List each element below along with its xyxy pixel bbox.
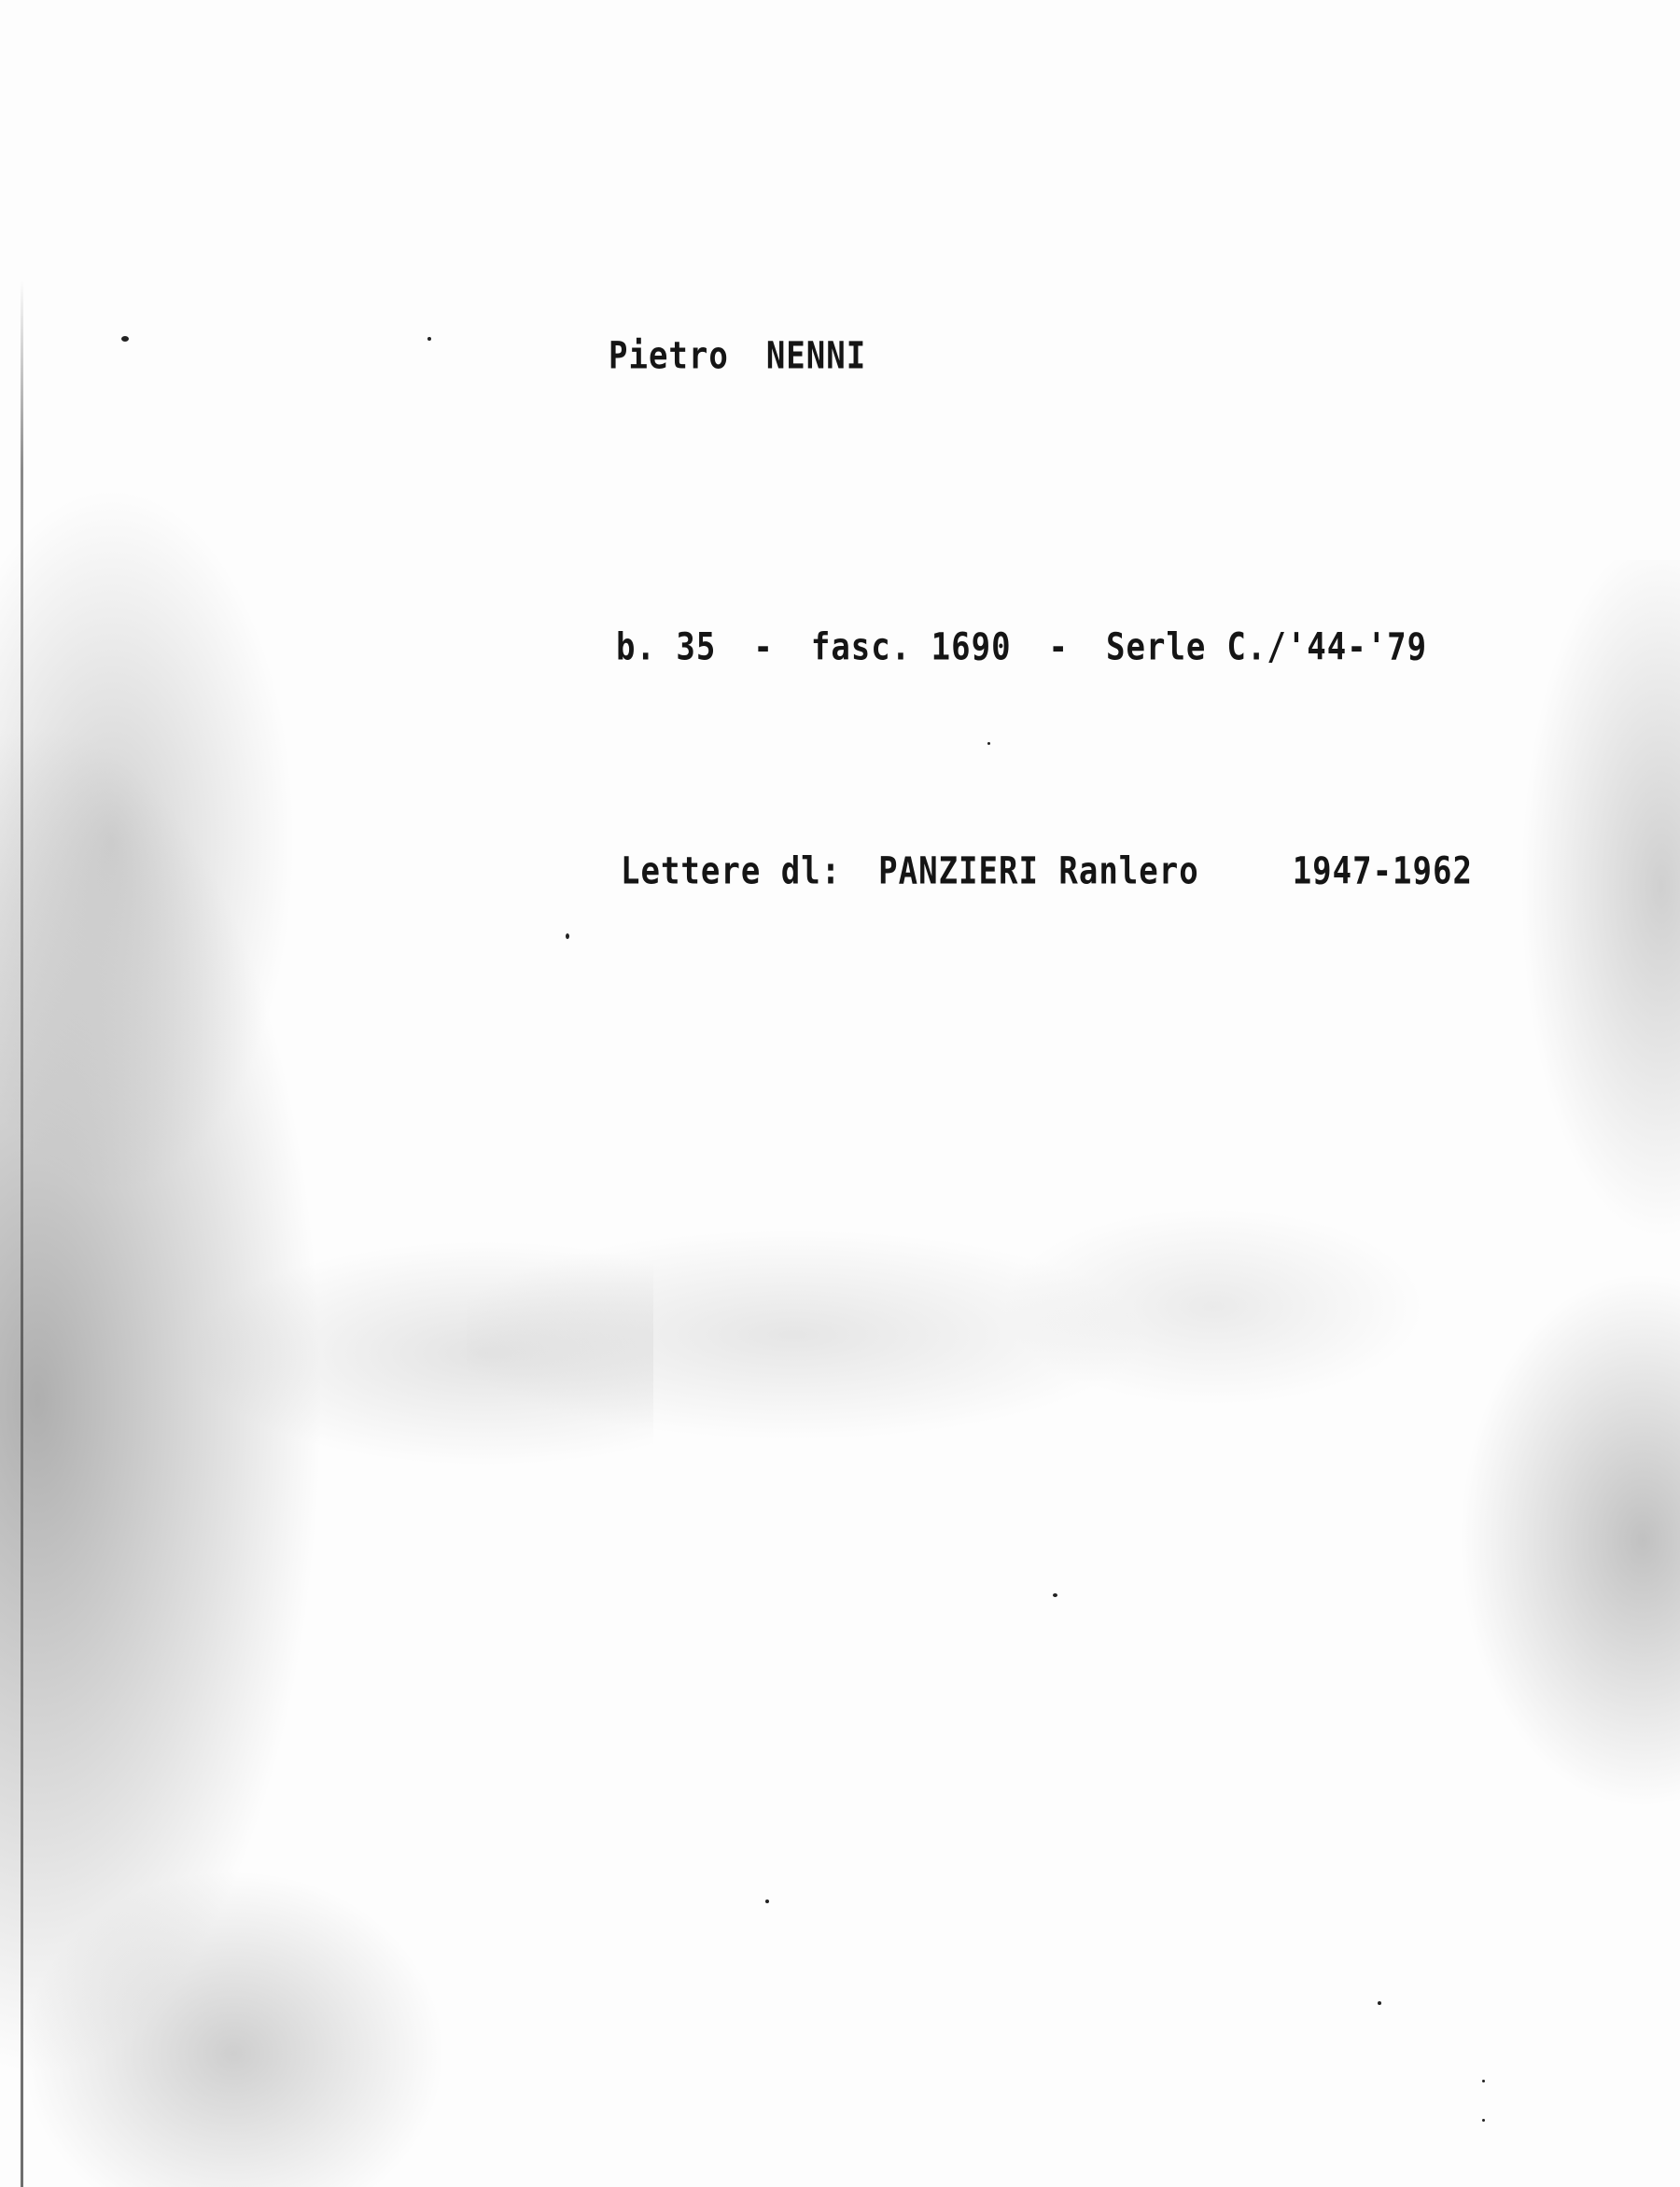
last-name: NENNI xyxy=(766,334,866,378)
scan-noise-right xyxy=(1213,560,1680,1960)
separator: - xyxy=(1049,625,1069,669)
scan-noise-left xyxy=(0,0,653,2187)
speck-dot xyxy=(427,337,431,341)
person-name-heading: PietroNENNI xyxy=(609,334,866,378)
speck-dot xyxy=(987,742,990,745)
date-range: 1947-1962 xyxy=(1293,849,1473,893)
correspondent-name: PANZIERI Ranlero xyxy=(878,849,1199,893)
fascicolo-number: fasc. 1690 xyxy=(811,625,1012,669)
busta-number: b. 35 xyxy=(616,625,716,669)
speck-dot xyxy=(765,1900,769,1903)
speck-dot xyxy=(121,336,129,342)
scanned-document-page: PietroNENNI b. 35-fasc. 1690-SerleC./'44… xyxy=(0,0,1680,2187)
speck-dot xyxy=(1482,2080,1485,2082)
serie-value: C./'44-'79 xyxy=(1226,625,1427,669)
archive-reference-line: b. 35-fasc. 1690-SerleC./'44-'79 xyxy=(616,625,1427,669)
serie-label: Serle xyxy=(1106,625,1206,669)
speck-dot xyxy=(1378,2001,1381,2005)
scan-noise-center xyxy=(467,1073,1493,1633)
speck-dot xyxy=(566,933,569,939)
letters-label: Lettere dl: xyxy=(621,849,841,893)
binding-edge-line xyxy=(21,280,23,2187)
speck-dot xyxy=(1482,2119,1485,2122)
first-name: Pietro xyxy=(609,334,729,378)
speck-dot xyxy=(1053,1593,1057,1597)
separator: - xyxy=(753,625,773,669)
letters-description-line: Lettere dl:PANZIERI Ranlero1947-1962 xyxy=(621,849,1473,893)
